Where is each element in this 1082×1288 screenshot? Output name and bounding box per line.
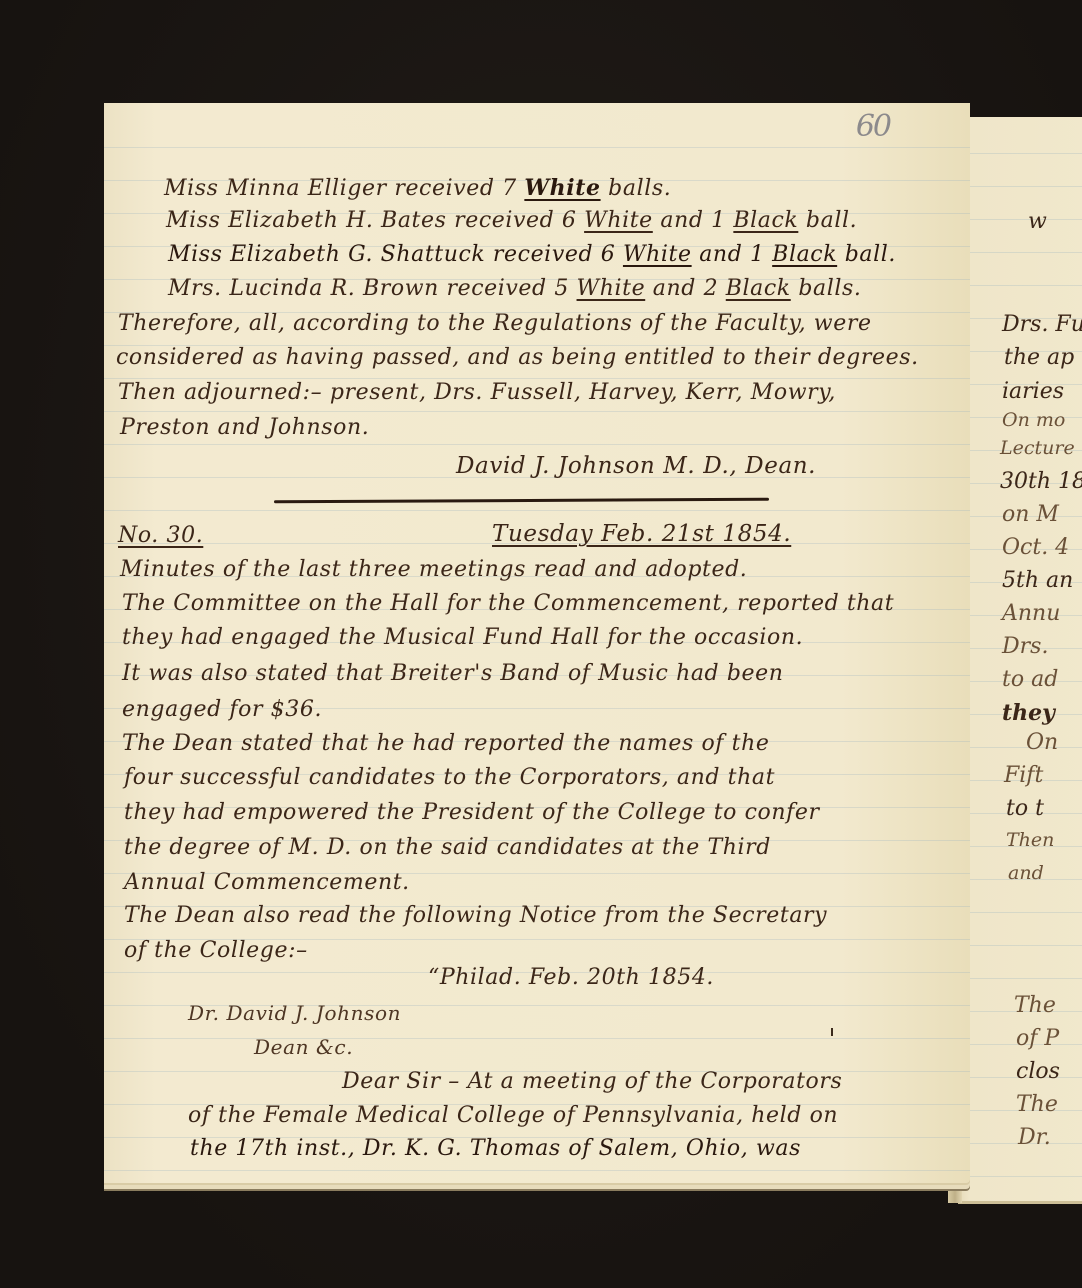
minutes-line: Then adjourned:– present, Drs. Fussell, … bbox=[118, 380, 836, 405]
minutes-line: four successful candidates to the Corpor… bbox=[124, 765, 775, 790]
ink-speck bbox=[831, 1028, 833, 1036]
minutes-line: the degree of M. D. on the said candidat… bbox=[124, 835, 771, 860]
ballot-text: ball. bbox=[798, 208, 857, 233]
dean-signature: David J. Johnson M. D., Dean. bbox=[456, 453, 816, 479]
section-divider bbox=[274, 498, 769, 504]
minutes-line: Annual Commencement. bbox=[124, 870, 410, 895]
black-ball-count: Black bbox=[733, 208, 798, 233]
ballot-line: Miss Elizabeth H. Bates received 6 White… bbox=[166, 208, 857, 233]
page-text: Miss Minna Elliger received 7 White ball… bbox=[104, 103, 970, 1183]
ballot-text: Mrs. Lucinda R. Brown received 5 bbox=[168, 276, 577, 301]
right-page-fragment: 5th an bbox=[1002, 568, 1073, 593]
right-page-fragment: 30th 18 bbox=[1000, 469, 1082, 494]
ballot-line: Mrs. Lucinda R. Brown received 5 White a… bbox=[168, 276, 862, 301]
right-page-fragment: Annu bbox=[1002, 601, 1060, 626]
right-page-fragment: The bbox=[1016, 1092, 1058, 1117]
ballot-text: balls. bbox=[791, 276, 862, 301]
minutes-line: It was also stated that Breiter's Band o… bbox=[122, 661, 784, 686]
right-page-fragment: clos bbox=[1016, 1059, 1060, 1084]
right-page-fragment: Drs. bbox=[1002, 634, 1048, 659]
minutes-line: Minutes of the last three meetings read … bbox=[120, 557, 747, 582]
right-page-fragment: Lecture bbox=[1000, 437, 1075, 459]
minutes-line: The Dean stated that he had reported the… bbox=[122, 731, 769, 756]
white-ball-count: White bbox=[623, 242, 692, 267]
right-page-fragment: Then bbox=[1006, 829, 1054, 851]
minutes-line: engaged for $36. bbox=[122, 697, 322, 722]
right-page-fragment: On bbox=[1026, 730, 1058, 755]
right-page-fragment: Fift bbox=[1004, 763, 1043, 788]
right-page-fragment: to t bbox=[1006, 796, 1044, 821]
letter-dateline: “Philad. Feb. 20th 1854. bbox=[428, 965, 714, 990]
letter-addressee-title: Dean &c. bbox=[254, 1035, 353, 1059]
white-ball-count: White bbox=[584, 208, 653, 233]
right-page-fragment: On mo bbox=[1002, 409, 1065, 431]
ballot-text: ball. bbox=[837, 242, 896, 267]
meeting-number: No. 30. bbox=[118, 523, 203, 548]
right-page-fragment: to ad bbox=[1002, 667, 1058, 692]
right-page-fragment: they bbox=[1002, 700, 1055, 726]
black-ball-count: Black bbox=[772, 242, 837, 267]
ballot-text: and 1 bbox=[692, 242, 773, 267]
right-page-fragment: Oct. 4 bbox=[1002, 535, 1069, 560]
ballot-text: Miss Minna Elliger received 7 bbox=[164, 176, 524, 201]
right-page-fragment: the ap bbox=[1004, 345, 1074, 370]
minutes-line: The Dean also read the following Notice … bbox=[124, 903, 827, 928]
right-page-fragment: and bbox=[1008, 862, 1044, 884]
right-page: w Drs. Fu the ap iaries On mo Lecture 30… bbox=[958, 117, 1082, 1201]
left-page: 60 Miss Minna Elliger received 7 White b… bbox=[104, 103, 970, 1183]
right-page-fragment: iaries bbox=[1002, 379, 1064, 404]
right-page-fragment: Dr. bbox=[1018, 1125, 1051, 1150]
right-page-fragment: The bbox=[1014, 993, 1056, 1018]
minutes-line: considered as having passed, and as bein… bbox=[116, 345, 919, 370]
letter-line: the 17th inst., Dr. K. G. Thomas of Sale… bbox=[190, 1136, 801, 1161]
ballot-line: Miss Minna Elliger received 7 White ball… bbox=[164, 175, 671, 201]
ballot-text: and 2 bbox=[645, 276, 726, 301]
ballot-text: Miss Elizabeth H. Bates received 6 bbox=[166, 208, 584, 233]
letter-line: of the Female Medical College of Pennsyl… bbox=[188, 1103, 838, 1128]
letter-line: Dear Sir – At a meeting of the Corporato… bbox=[342, 1069, 842, 1094]
white-ball-count: White bbox=[577, 276, 646, 301]
minutes-line: Therefore, all, according to the Regulat… bbox=[118, 311, 872, 336]
white-ball-count: White bbox=[524, 175, 600, 201]
minutes-line: Preston and Johnson. bbox=[120, 415, 369, 440]
minutes-line: The Committee on the Hall for the Commen… bbox=[122, 591, 894, 616]
ballot-line: Miss Elizabeth G. Shattuck received 6 Wh… bbox=[168, 242, 896, 267]
meeting-date: Tuesday Feb. 21st 1854. bbox=[492, 521, 791, 547]
ballot-text: Miss Elizabeth G. Shattuck received 6 bbox=[168, 242, 623, 267]
ballot-text: balls. bbox=[601, 176, 672, 201]
right-page-fragment: of P bbox=[1016, 1026, 1059, 1051]
right-page-fragment: Drs. Fu bbox=[1002, 312, 1082, 337]
right-page-fragment: w bbox=[1028, 209, 1047, 234]
minutes-line: they had engaged the Musical Fund Hall f… bbox=[122, 625, 803, 650]
letter-addressee: Dr. David J. Johnson bbox=[188, 1001, 401, 1025]
black-ball-count: Black bbox=[726, 276, 791, 301]
minutes-line: they had empowered the President of the … bbox=[124, 800, 820, 825]
ballot-text: and 1 bbox=[653, 208, 734, 233]
right-page-fragment: on M bbox=[1002, 502, 1059, 527]
minutes-line: of the College:– bbox=[124, 938, 308, 963]
